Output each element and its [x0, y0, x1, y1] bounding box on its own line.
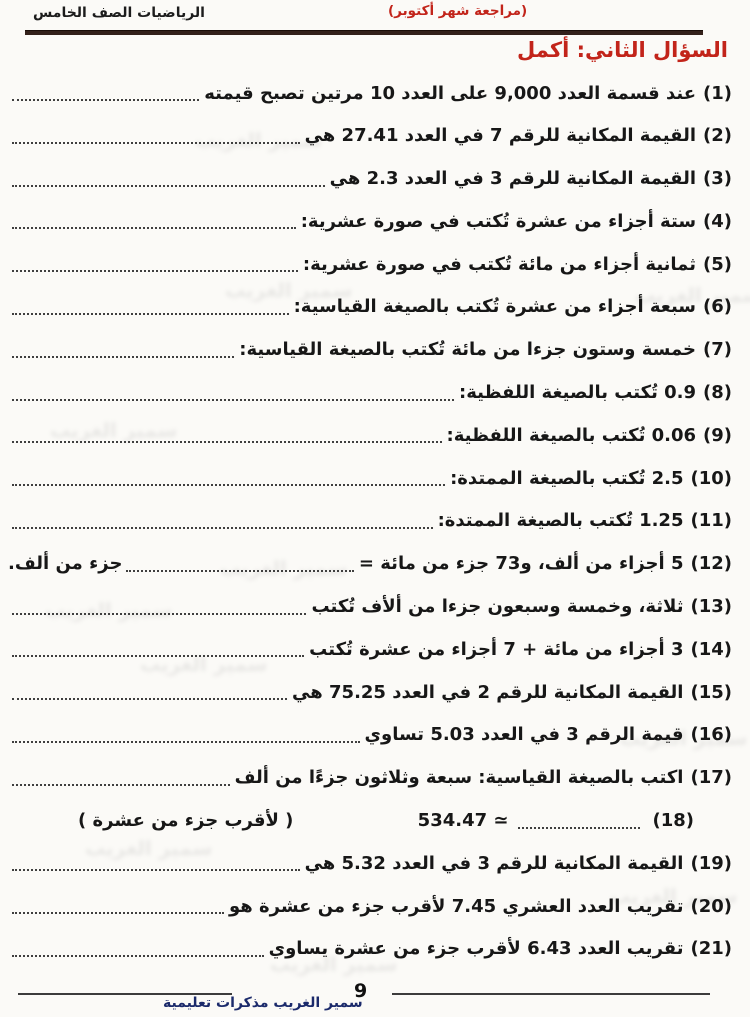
- question-text: القيمة المكانية للرقم 3 في العدد 2.3 هي: [330, 168, 696, 189]
- question-text: القيمة المكانية للرقم 7 في العدد 27.41 ه…: [305, 125, 696, 146]
- question-number: (15): [690, 682, 732, 703]
- question-number: (13): [690, 596, 732, 617]
- question-text: قيمة الرقم 3 في العدد 5.03 تساوي: [365, 724, 684, 745]
- question-text: سبعة أجزاء من عشرة تُكتب بالصيغة القياسي…: [294, 296, 696, 317]
- question-text: 0.9 تُكتب بالصيغة اللفظية:: [459, 382, 696, 403]
- answer-blank: [12, 654, 304, 657]
- question-number: (18): [652, 810, 694, 831]
- question-row: (17)اكتب بالصيغة القياسية: سبعة وثلاثون …: [8, 763, 732, 793]
- question-text: القيمة المكانية للرقم 2 في العدد 75.25 ه…: [292, 682, 683, 703]
- question-row: (14)3 أجزاء من مائة + 7 أجزاء من عشرة تُ…: [8, 634, 732, 664]
- question-text: 3 أجزاء من مائة + 7 أجزاء من عشرة تُكتب: [309, 639, 683, 660]
- answer-blank: [12, 226, 296, 229]
- question-number: (10): [690, 468, 732, 489]
- answer-blank: [12, 612, 306, 615]
- section-title: السؤال الثاني: أكمل: [517, 38, 728, 62]
- question-row: (1)عند قسمة العدد 9,000 على العدد 10 مرت…: [8, 78, 732, 108]
- question-number: (8): [703, 382, 732, 403]
- question-number: (17): [690, 767, 732, 788]
- question-text: عند قسمة العدد 9,000 على العدد 10 مرتين …: [204, 83, 696, 104]
- question-list: (1)عند قسمة العدد 9,000 على العدد 10 مرت…: [8, 78, 732, 977]
- question-number: (16): [690, 724, 732, 745]
- question-row: (4)ستة أجزاء من عشرة تُكتب في صورة عشرية…: [8, 206, 732, 236]
- answer-blank: [12, 483, 445, 486]
- question-text: ثلاثة، وخمسة وسبعون جزءا من ألأف تُكتب: [311, 596, 683, 617]
- question-row: (16)قيمة الرقم 3 في العدد 5.03 تساوي: [8, 720, 732, 750]
- question-text: 1.25 تُكتب بالصيغة الممتدة:: [438, 510, 684, 531]
- question-number: (2): [703, 125, 732, 146]
- question-number: (7): [703, 339, 732, 360]
- question-row: (13)ثلاثة، وخمسة وسبعون جزءا من ألأف تُك…: [8, 592, 732, 622]
- question-row: (5)ثمانية أجزاء من مائة تُكتب في صورة عش…: [8, 249, 732, 279]
- question-row: (10)2.5 تُكتب بالصيغة الممتدة:: [8, 463, 732, 493]
- question-row: (3)القيمة المكانية للرقم 3 في العدد 2.3 …: [8, 164, 732, 194]
- answer-blank: [12, 740, 360, 743]
- answer-blank: [12, 868, 300, 871]
- question-text: 2.5 تُكتب بالصيغة الممتدة:: [450, 468, 683, 489]
- answer-blank: [12, 440, 442, 443]
- question-number: (21): [690, 938, 732, 959]
- question-number: (12): [690, 553, 732, 574]
- question-text: تقريب العدد 6.43 لأقرب جزء من عشرة يساوي: [269, 938, 684, 959]
- answer-blank: [12, 526, 433, 529]
- question-row: (6)سبعة أجزاء من عشرة تُكتب بالصيغة القي…: [8, 292, 732, 322]
- publisher-name: سمير الغريب مذكرات تعليمية: [163, 995, 363, 1011]
- question-row: (19)القيمة المكانية للرقم 3 في العدد 5.3…: [8, 848, 732, 878]
- question-number: (20): [690, 896, 732, 917]
- question-row: (15)القيمة المكانية للرقم 2 في العدد 75.…: [8, 677, 732, 707]
- question-number: (1): [703, 83, 732, 104]
- question-text: تقريب العدد العشري 7.45 لأقرب جزء من عشر…: [229, 896, 684, 917]
- question-row: (9)0.06 تُكتب بالصيغة اللفظية:: [8, 420, 732, 450]
- answer-blank: [12, 312, 289, 315]
- question-tail: ( لأقرب جزء من عشرة ): [78, 810, 293, 831]
- question-text: 0.06 تُكتب بالصيغة اللفظية:: [447, 425, 697, 446]
- question-number: (5): [703, 254, 732, 275]
- answer-blank: [518, 826, 640, 829]
- header-rule: [25, 30, 703, 35]
- header-subject-title: الرياضيات الصف الخامس: [33, 5, 205, 21]
- question-text: ستة أجزاء من عشرة تُكتب في صورة عشرية:: [301, 211, 696, 232]
- question-text: ثمانية أجزاء من مائة تُكتب في صورة عشرية…: [303, 254, 696, 275]
- answer-blank: [12, 697, 287, 700]
- question-row: (20)تقريب العدد العشري 7.45 لأقرب جزء من…: [8, 891, 732, 921]
- question-row: (11)1.25 تُكتب بالصيغة الممتدة:: [8, 506, 732, 536]
- question-text: القيمة المكانية للرقم 3 في العدد 5.32 هي: [305, 853, 684, 874]
- header-review-note: (مراجعة شهر أكتوبر): [388, 3, 527, 19]
- question-text: خمسة وستون جزءا من مائة تُكتب بالصيغة ال…: [239, 339, 696, 360]
- answer-blank: [12, 954, 264, 957]
- answer-blank: [126, 569, 353, 572]
- worksheet-page: الرياضيات الصف الخامس (مراجعة شهر أكتوبر…: [0, 0, 750, 1017]
- question-number: (9): [703, 425, 732, 446]
- answer-blank: [12, 98, 199, 101]
- answer-blank: [12, 783, 230, 786]
- question-row: (7)خمسة وستون جزءا من مائة تُكتب بالصيغة…: [8, 335, 732, 365]
- answer-blank: [12, 911, 224, 914]
- question-number: (14): [690, 639, 732, 660]
- question-text: 5 أجزاء من ألف، و73 جزء من مائة =: [359, 553, 684, 574]
- footer-rule-right: [392, 993, 710, 995]
- question-text: اكتب بالصيغة القياسية: سبعة وثلاثون جزءً…: [235, 767, 684, 788]
- question-row: (18)534.47 ≃( لأقرب جزء من عشرة ): [8, 806, 732, 836]
- question-number: (6): [703, 296, 732, 317]
- question-number: (3): [703, 168, 732, 189]
- answer-blank: [12, 184, 325, 187]
- question-row: (2)القيمة المكانية للرقم 7 في العدد 27.4…: [8, 121, 732, 151]
- question-expression: 534.47 ≃: [418, 810, 509, 831]
- answer-blank: [12, 398, 454, 401]
- question-row: (12)5 أجزاء من ألف، و73 جزء من مائة =جزء…: [8, 549, 732, 579]
- answer-blank: [12, 141, 300, 144]
- answer-blank: [12, 269, 298, 272]
- question-row: (21)تقريب العدد 6.43 لأقرب جزء من عشرة ي…: [8, 934, 732, 964]
- question-number: (19): [690, 853, 732, 874]
- question-tail: جزء من ألف.: [8, 553, 122, 574]
- question-row: (8)0.9 تُكتب بالصيغة اللفظية:: [8, 378, 732, 408]
- question-number: (11): [690, 510, 732, 531]
- question-number: (4): [703, 211, 732, 232]
- answer-blank: [12, 355, 234, 358]
